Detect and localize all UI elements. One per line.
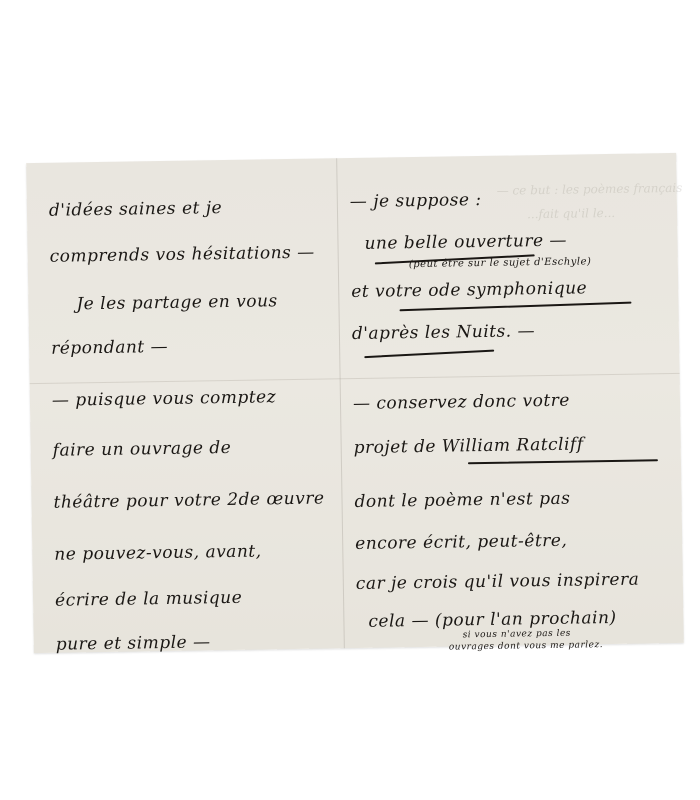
left-page: d'idées saines et je comprends vos hésit… [26,158,344,653]
handwritten-line: d'après les Nuits. — [352,321,535,344]
handwritten-line: une belle ouverture — [364,231,567,254]
handwritten-line: cela — (pour l'an prochain) [368,608,616,632]
handwritten-annotation: (peut être sur le sujet d'Eschyle) [409,256,592,270]
right-page: — je suppose : une belle ouverture — (pe… [337,153,684,648]
underline [400,302,632,312]
handwritten-line: écrire de la musique [55,588,242,611]
handwritten-line: car je crois qu'il vous inspirera [356,570,640,594]
handwritten-line: — je suppose : [350,190,482,212]
handwritten-line: faire un ouvrage de [53,438,232,461]
handwritten-line: — conservez donc votre [353,391,570,414]
handwritten-line: ne pouvez-vous, avant, [54,541,262,564]
underline [364,350,494,359]
handwritten-annotation: ouvrages dont vous me parlez. [449,640,603,652]
handwritten-line: comprends vos hésitations — [50,243,315,267]
handwritten-line: répondant — [51,337,168,359]
handwritten-line: et votre ode symphonique [351,278,587,302]
handwritten-line: théâtre pour votre 2de œuvre [53,488,324,512]
handwritten-annotation: si vous n'avez pas les [463,629,571,641]
handwritten-line: Je les partage en vous [76,291,278,314]
handwritten-line: projet de William Ratcliff [354,434,584,458]
underline [468,459,658,464]
handwritten-line: dont le poème n'est pas [354,489,570,512]
letter-sheet: — ce but : les poèmes français ...fait q… [26,153,684,653]
handwritten-line: encore écrit, peut-être, [355,531,567,554]
handwritten-line: d'idées saines et je [49,198,222,221]
handwritten-line: — puisque vous comptez [52,387,277,411]
handwritten-line: pure et simple — [56,632,211,654]
